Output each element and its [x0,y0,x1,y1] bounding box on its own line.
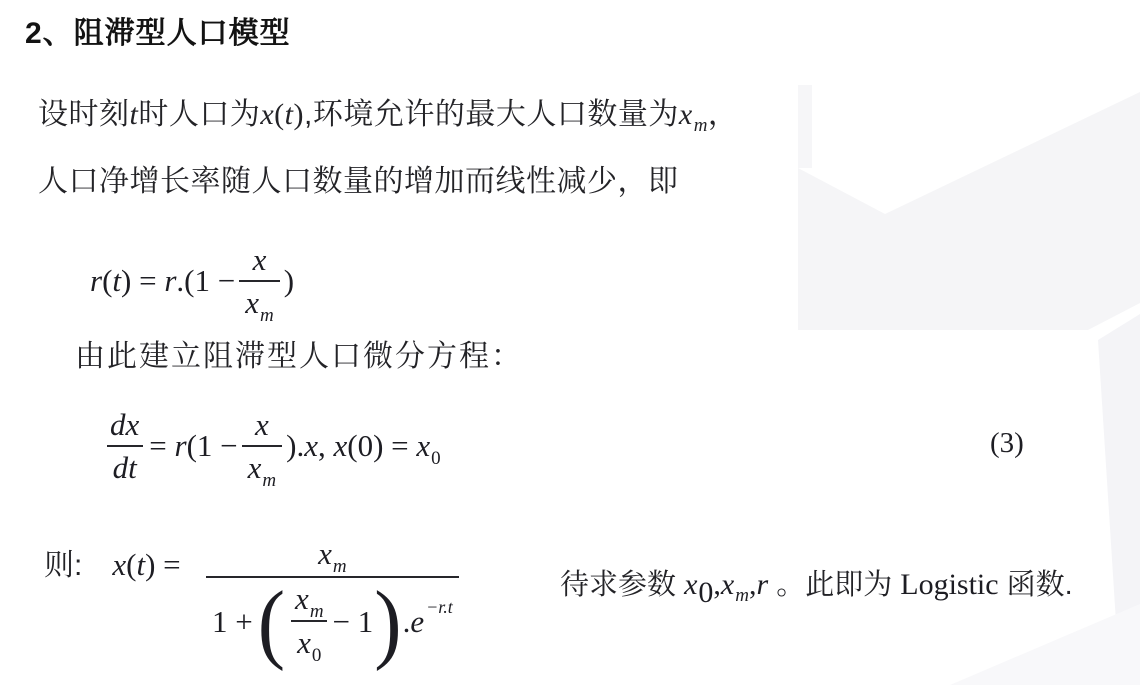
text-run: 设时刻 [38,98,130,131]
word-logistic: Logistic [900,568,998,601]
subscript-0: 0 [431,448,441,469]
math-var-x: x [684,568,697,601]
operator-run: .(1 − [176,263,235,298]
operator-run: 1 + [212,606,253,637]
fraction-xm-over-x0: xmx0 [289,583,330,659]
subscript-m: m [262,470,276,491]
equals-sign: = [149,428,174,463]
operator-run: ). [286,428,304,463]
subscript-m: m [694,115,708,136]
paren: ( [102,263,112,298]
math-var-x: x [245,285,259,320]
operator-run: (1 − [187,428,238,463]
fraction-x-over-xm: xxm [239,244,280,320]
subscript-0: 0 [698,576,713,609]
paren: ( [126,547,136,582]
subscript-0: 0 [312,645,322,666]
subscript-m: m [310,601,324,622]
big-left-paren: ( [258,581,285,665]
comma: , [713,568,721,601]
comma: , [318,428,334,463]
math-var-x: x [721,568,734,601]
math-var-x: x [255,407,269,442]
operator-run: ) = [121,263,164,298]
paren: ( [274,98,285,131]
math-var-e: e [410,606,424,637]
text-run: 函数. [999,569,1073,601]
paragraph-line-1: 设时刻t时人口为x(t),环境允许的最大人口数量为xm， [38,94,738,140]
subscript-m: m [333,556,347,577]
fraction-denominator: 1 +(xmx0− 1).e−r.t [206,576,459,660]
big-right-paren: ) [374,581,401,665]
page-title: 2、阻滞型人口模型 [25,8,291,52]
text-run: ,环境允许的最大人口数量为 [304,98,679,131]
math-var-r: r [164,263,176,298]
math-var-x: x [112,547,126,582]
math-var-x: x [295,581,309,616]
math-var-x: x [304,428,318,463]
math-var-x: x [679,98,693,131]
equation-rate: r(t) = r.(1 −xxm) [90,235,294,327]
text-run: 。此即为 [768,569,900,601]
fraction-dx-over-dt: dxdt [104,409,145,485]
math-dx: dx [110,407,139,442]
lead-in-text: 由此建立阻滞型人口微分方程： [75,336,523,378]
fraction-numerator: xm [318,538,347,576]
text-run: 时人口为 [138,98,260,131]
math-var-x: x [333,428,347,463]
equation-number: (3) [990,427,1024,460]
exponent: −r.t [426,598,453,616]
paragraph-line-2: 人口净增长率随人口数量的增加而线性减少，即 [38,161,679,203]
math-var-r: r [756,568,768,601]
text-run: ， [708,98,739,131]
solution-fraction: xm 1 +(xmx0− 1).e−r.t [206,538,459,660]
subscript-m: m [260,305,274,326]
math-var-t: t [285,98,294,131]
label-then: 则: [44,549,82,582]
dot-operator: . [403,606,411,637]
math-var-t: t [112,263,121,298]
slide-canvas: 2、阻滞型人口模型 设时刻t时人口为x(t),环境允许的最大人口数量为xm， 人… [0,0,1140,685]
fraction-x-over-xm: xxm [242,409,283,485]
math-dt: dt [113,450,137,485]
math-var-x: x [248,450,262,485]
math-var-r: r [175,428,187,463]
math-var-x: x [253,242,267,277]
math-var-t: t [136,547,145,582]
solution-lhs: 则: x(t) = [44,543,181,588]
operator-run: − 1 [333,606,374,637]
operator-run: ) = [145,547,181,582]
operator-run: (0) = [347,428,416,463]
text-run: 待求参数 [560,569,684,601]
paren: ) [294,98,305,131]
math-var-r: r [90,263,102,298]
caption-text: 待求参数 x0,xm,r 。此即为 Logistic 函数. [560,564,1073,610]
equation-differential: dxdt= r(1 −xxm).x, x(0) = x0 [100,399,441,493]
math-var-x: x [297,625,311,660]
math-var-x: x [416,428,430,463]
subscript-m: m [735,585,749,606]
paren: ) [284,263,294,298]
math-var-x: x [318,536,332,571]
math-var-x: x [260,98,274,131]
